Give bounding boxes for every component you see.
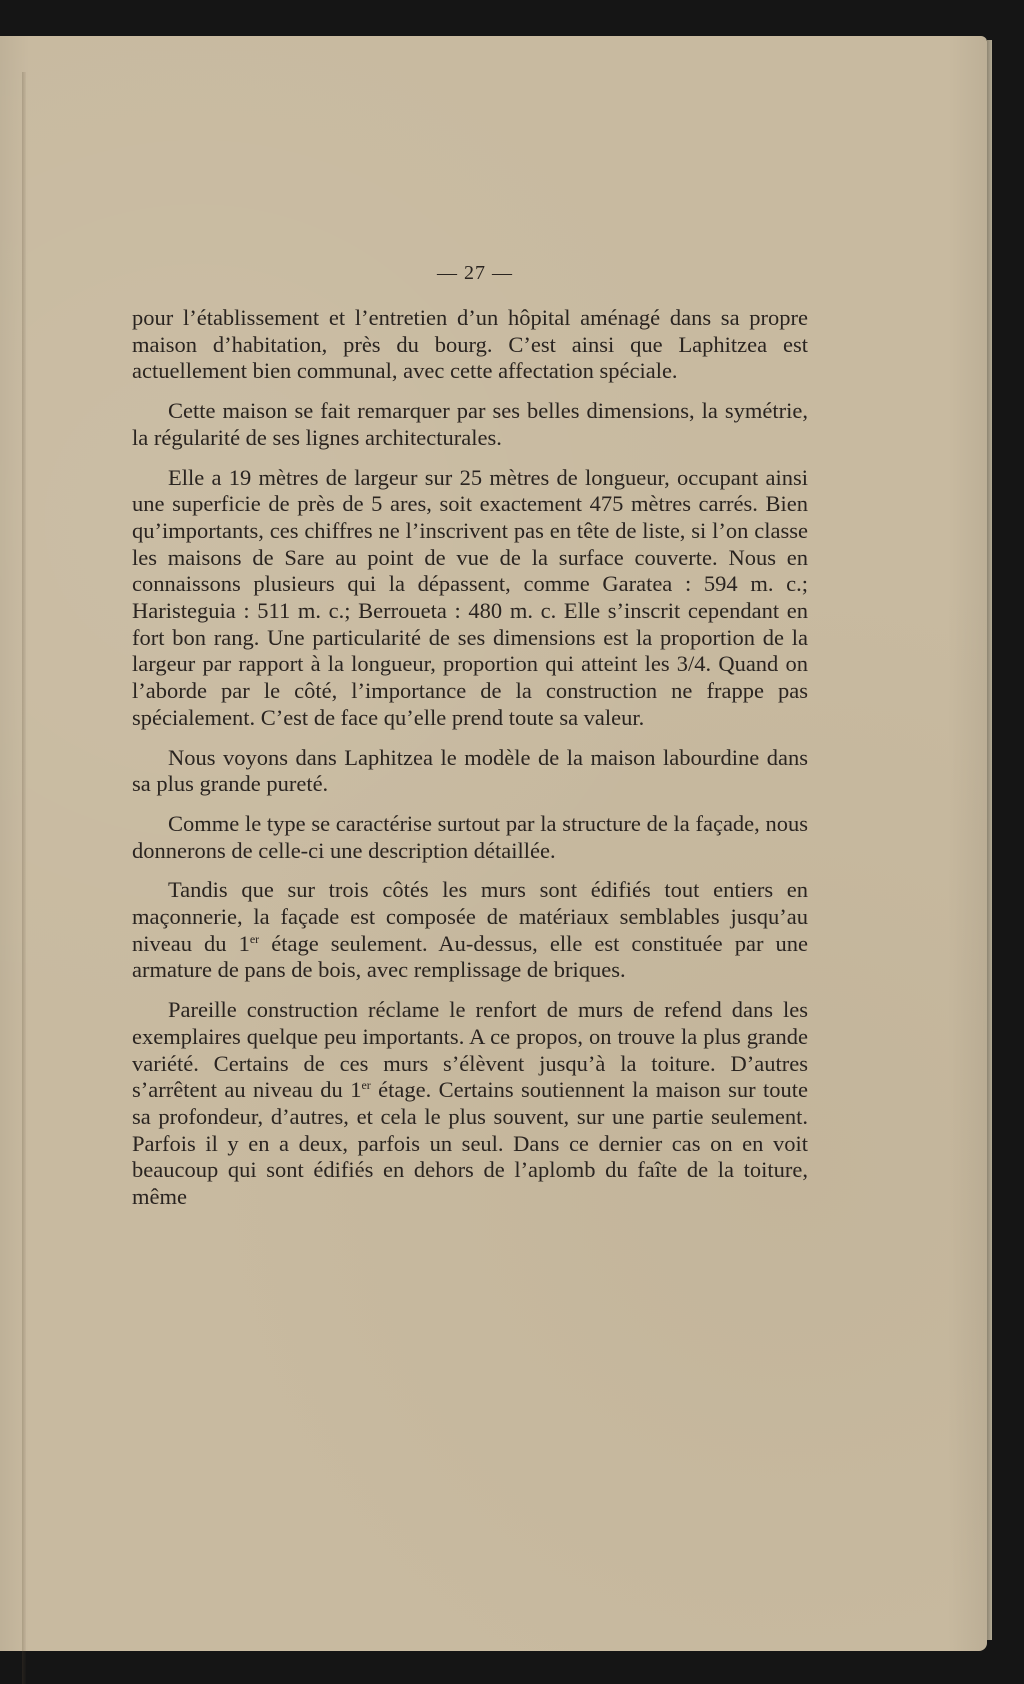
paragraph: Cette maison se fait remarquer par ses b…: [132, 398, 808, 451]
ordinal-superscript: er: [250, 932, 259, 946]
paragraph: Pareille construction réclame le renfort…: [132, 997, 808, 1211]
scanned-page-background: — 27 — pour l’établissement et l’entreti…: [0, 0, 1024, 1684]
gutter-fold: [22, 72, 26, 1684]
page-edge: [987, 40, 992, 1640]
page-content: — 27 — pour l’établissement et l’entreti…: [132, 262, 808, 1224]
book-page: — 27 — pour l’établissement et l’entreti…: [0, 36, 987, 1651]
paragraph: pour l’établissement et l’entretien d’un…: [132, 305, 808, 385]
paragraph: Nous voyons dans Laphitzea le modèle de …: [132, 745, 808, 798]
paragraph: Elle a 19 mètres de largeur sur 25 mètre…: [132, 465, 808, 732]
ordinal-superscript: er: [361, 1078, 370, 1092]
paragraph: Comme le type se caractérise surtout par…: [132, 811, 808, 864]
page-number: — 27 —: [132, 262, 808, 285]
paragraph: Tandis que sur trois côtés les murs sont…: [132, 877, 808, 984]
